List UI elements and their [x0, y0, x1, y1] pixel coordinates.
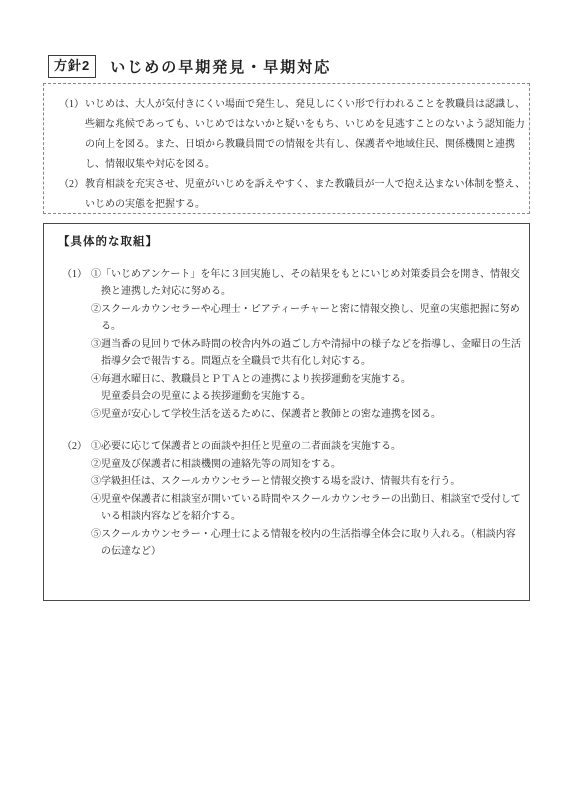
initiative-item: ③週当番の見回りで休み時間の校舎内外の過ごし方や清掃中の様子などを指導し、金曜日…	[91, 336, 521, 371]
initiative-item: ②児童及び保護者に相談機関の連絡先等の周知をする。	[91, 456, 521, 474]
initiative-item: ①必要に応じて保護者との面談や担任と児童の二者面談を実施する。	[91, 438, 521, 456]
summary-item-number: （1）	[59, 95, 85, 175]
initiative-item: ①「いじめアンケート」を年に３回実施し、その結果をもとにいじめ対策委員会を開き、…	[91, 266, 521, 301]
group-items: ①必要に応じて保護者との面談や担任と児童の二者面談を実施する。 ②児童及び保護者…	[91, 438, 521, 561]
initiative-item: ②スクールカウンセラーや心理士・ピアティーチャーと密に情報交換し、児童の実態把握…	[91, 301, 521, 336]
policy-number-box: 方針2	[48, 55, 96, 78]
summary-item: （2） 教育相談を充実させ、児童がいじめを訴えやすく、また教職員が一人で抱え込ま…	[59, 175, 527, 214]
initiative-item: ④毎週水曜日に、教職員とＰＴＡとの連携により挨拶運動を実施する。 児童委員会の児…	[91, 371, 521, 406]
summary-item-number: （2）	[59, 175, 85, 214]
group-items: ①「いじめアンケート」を年に３回実施し、その結果をもとにいじめ対策委員会を開き、…	[91, 266, 521, 424]
initiative-item: ⑤児童が安心して学校生活を送るために、保護者と教師との密な連携を図る。	[91, 406, 521, 424]
initiative-group-1: （1） ①「いじめアンケート」を年に３回実施し、その結果をもとにいじめ対策委員会…	[58, 266, 521, 424]
initiatives-box: 【具体的な取組】 （1） ①「いじめアンケート」を年に３回実施し、その結果をもと…	[43, 223, 530, 601]
initiative-item: ④児童や保護者に相談室が開いている時間やスクールカウンセラーの出勤日、相談室で受…	[91, 491, 521, 526]
group-number: （2）	[58, 438, 91, 561]
initiatives-heading: 【具体的な取組】	[58, 233, 521, 251]
document-page: 方針2 いじめの早期発見・早期対応 （1） いじめは、大人が気付きにくい場面で発…	[0, 0, 565, 800]
document-content: 方針2 いじめの早期発見・早期対応 （1） いじめは、大人が気付きにくい場面で発…	[43, 55, 530, 601]
policy-header: 方針2 いじめの早期発見・早期対応	[48, 55, 530, 78]
group-number: （1）	[58, 266, 91, 424]
summary-item-text: 教育相談を充実させ、児童がいじめを訴えやすく、また教職員が一人で抱え込まない体制…	[85, 175, 527, 214]
summary-item: （1） いじめは、大人が気付きにくい場面で発生し、発見しにくい形で行われることを…	[59, 95, 527, 175]
initiative-item: ⑤スクールカウンセラー・心理士による情報を校内の生活指導全体会に取り入れる。（相…	[91, 526, 521, 561]
summary-item-text: いじめは、大人が気付きにくい場面で発生し、発見しにくい形で行われることを教職員は…	[85, 95, 527, 175]
policy-summary-box: （1） いじめは、大人が気付きにくい場面で発生し、発見しにくい形で行われることを…	[43, 83, 530, 214]
page-title: いじめの早期発見・早期対応	[110, 56, 331, 77]
initiative-group-2: （2） ①必要に応じて保護者との面談や担任と児童の二者面談を実施する。 ②児童及…	[58, 438, 521, 561]
initiative-item: ③学級担任は、スクールカウンセラーと情報交換する場を設け、情報共有を行う。	[91, 473, 521, 491]
